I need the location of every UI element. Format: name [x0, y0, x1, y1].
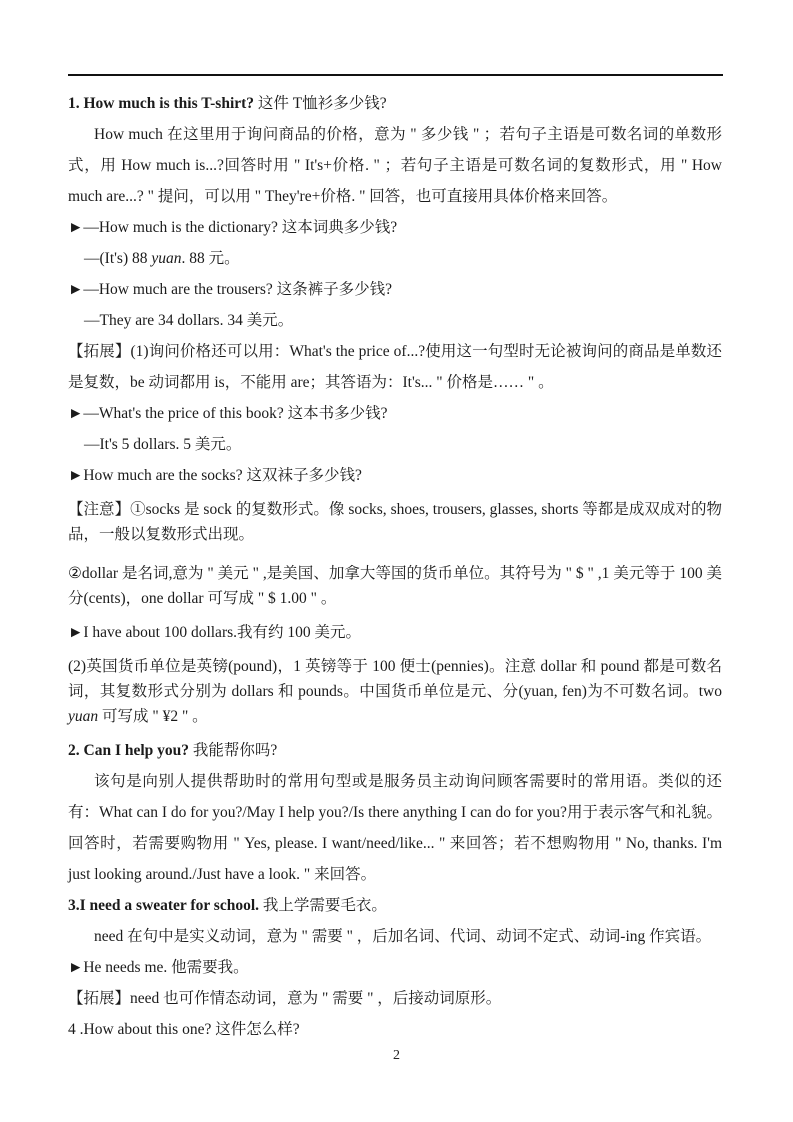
text-segment: How much 在这里用于询问商品的价格，意为 " 多少钱 " ；若句子主语是…: [68, 126, 722, 205]
paragraph-can-i-help: 该句是向别人提供帮助时的常用句型或是服务员主动询问顾客需要时的常用语。类似的还有…: [68, 766, 722, 890]
header-rule: [68, 74, 723, 76]
note-attention-socks: 【注意】①socks 是 sock 的复数形式。像 socks, shoes, …: [68, 497, 722, 547]
text-segment: 1. How much is this T-shirt?: [68, 95, 254, 112]
page-number: 2: [393, 1048, 400, 1063]
heading-how-much: 1. How much is this T-shirt? 这件 T恤衫多少钱?: [68, 88, 722, 119]
example-100-dollars: ►I have about 100 dollars.我有约 100 美元。: [68, 617, 722, 648]
page-footer: 2: [0, 1046, 793, 1064]
text-segment: 这件 T恤衫多少钱?: [254, 95, 387, 112]
text-segment: 2. Can I help you?: [68, 742, 189, 759]
text-segment: (2)英国货币单位是英镑(pound)，1 英镑等于 100 便士(pennie…: [68, 658, 722, 700]
paragraph-need-verb: need 在句中是实义动词，意为 " 需要 " ，后加名词、代词、动词不定式、动…: [68, 921, 722, 952]
text-segment: yuan: [151, 250, 181, 267]
example-book-price: ►—What's the price of this book? 这本书多少钱?: [68, 398, 722, 429]
heading-need-sweater: 3.I need a sweater for school. 我上学需要毛衣。: [68, 890, 722, 921]
text-segment: ►—What's the price of this book? 这本书多少钱?: [68, 405, 387, 422]
text-segment: —They are 34 dollars. 34 美元。: [84, 312, 293, 329]
text-segment: ►He needs me. 他需要我。: [68, 959, 249, 976]
document-body: 1. How much is this T-shirt? 这件 T恤衫多少钱? …: [68, 88, 722, 1045]
reply-dictionary: —(It's) 88 yuan. 88 元。: [68, 243, 722, 274]
text-segment: —It's 5 dollars. 5 美元。: [84, 436, 241, 453]
example-trousers: ►—How much are the trousers? 这条裤子多少钱?: [68, 274, 722, 305]
text-segment: 可写成 " ¥2 " 。: [98, 708, 208, 725]
heading-how-about: 4 .How about this one? 这件怎么样?: [68, 1014, 722, 1045]
text-segment: 我上学需要毛衣。: [259, 897, 387, 914]
text-segment: ►How much are the socks? 这双袜子多少钱?: [68, 467, 362, 484]
text-segment: ►—How much is the dictionary? 这本词典多少钱?: [68, 219, 397, 236]
text-segment: —(It's) 88: [84, 250, 151, 267]
text-segment: need 在句中是实义动词，意为 " 需要 " ，后加名词、代词、动词不定式、动…: [94, 928, 711, 945]
text-segment: 3.I need a sweater for school.: [68, 897, 259, 914]
text-segment: 4 .How about this one? 这件怎么样?: [68, 1021, 300, 1038]
reply-book-price: —It's 5 dollars. 5 美元。: [68, 429, 722, 460]
text-segment: yuan: [68, 708, 98, 725]
reply-trousers: —They are 34 dollars. 34 美元。: [68, 305, 722, 336]
text-segment: 该句是向别人提供帮助时的常用句型或是服务员主动询问顾客需要时的常用语。类似的还有…: [68, 773, 722, 883]
example-dictionary: ►—How much is the dictionary? 这本词典多少钱?: [68, 212, 722, 243]
text-segment: ►—How much are the trousers? 这条裤子多少钱?: [68, 281, 392, 298]
text-segment: ②dollar 是名词,意为 " 美元 " ,是美国、加拿大等国的货币单位。其符…: [68, 565, 722, 607]
note-dollar: ②dollar 是名词,意为 " 美元 " ,是美国、加拿大等国的货币单位。其符…: [68, 561, 722, 611]
document-page: 1. How much is this T-shirt? 这件 T恤衫多少钱? …: [0, 0, 793, 1122]
text-segment: 【拓展】(1)询问价格还可以用：What's the price of...?使…: [68, 343, 722, 391]
note-expansion-price: 【拓展】(1)询问价格还可以用：What's the price of...?使…: [68, 336, 722, 398]
example-he-needs-me: ►He needs me. 他需要我。: [68, 952, 722, 983]
text-segment: ►I have about 100 dollars.我有约 100 美元。: [68, 624, 361, 641]
text-segment: 我能帮你吗?: [189, 742, 277, 759]
text-segment: . 88 元。: [182, 250, 240, 267]
text-segment: 【注意】①socks 是 sock 的复数形式。像 socks, shoes, …: [68, 501, 722, 543]
note-expansion-need: 【拓展】need 也可作情态动词，意为 " 需要 " ，后接动词原形。: [68, 983, 722, 1014]
heading-can-i-help: 2. Can I help you? 我能帮你吗?: [68, 735, 722, 766]
note-pound-currency: (2)英国货币单位是英镑(pound)，1 英镑等于 100 便士(pennie…: [68, 654, 722, 729]
intro-paragraph: How much 在这里用于询问商品的价格，意为 " 多少钱 " ；若句子主语是…: [68, 119, 722, 212]
text-segment: 【拓展】need 也可作情态动词，意为 " 需要 " ，后接动词原形。: [68, 990, 501, 1007]
example-socks: ►How much are the socks? 这双袜子多少钱?: [68, 460, 722, 491]
